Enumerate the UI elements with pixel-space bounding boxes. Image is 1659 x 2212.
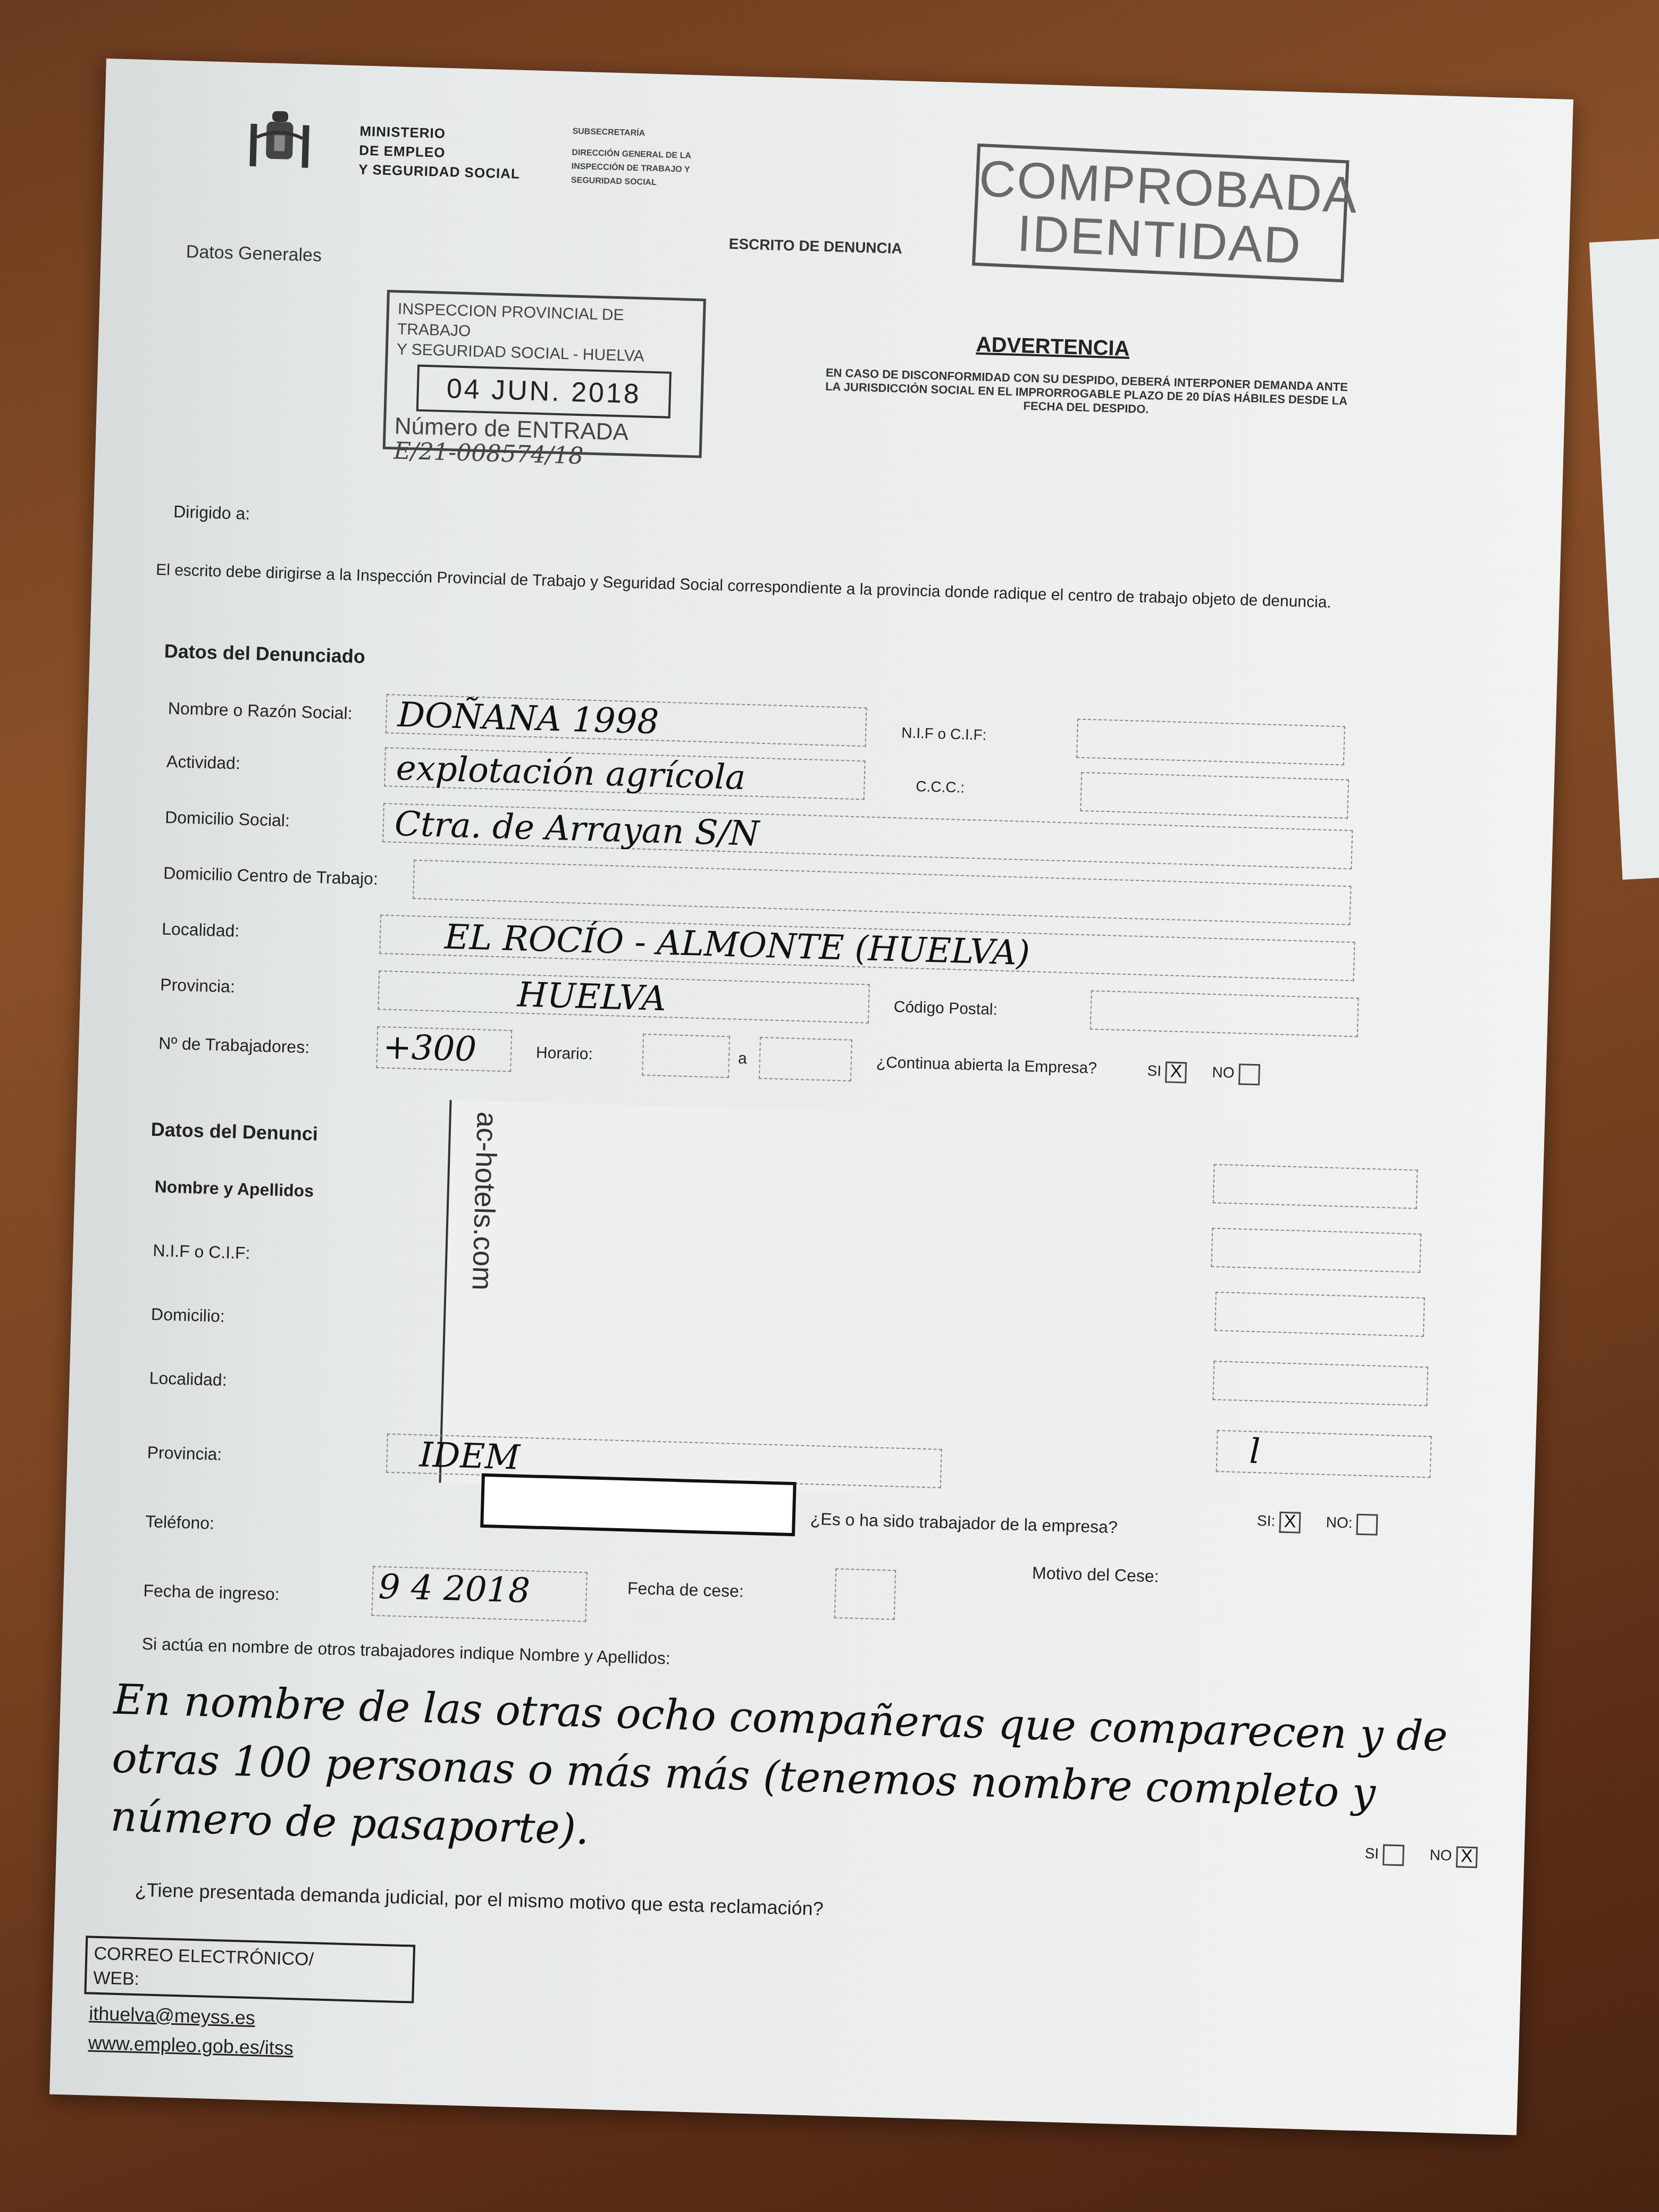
schedule-from-field[interactable] bbox=[642, 1034, 730, 1078]
background-paper-sheet bbox=[1589, 237, 1659, 880]
end-date-field[interactable] bbox=[834, 1568, 896, 1620]
activity-field[interactable]: explotación agrícola bbox=[384, 747, 866, 800]
lawsuit-no-checkbox[interactable]: X bbox=[1456, 1846, 1478, 1868]
identity-verified-stamp: COMPROBADA IDENTIDAD bbox=[972, 144, 1350, 283]
section-accused-heading: Datos del Denunciado bbox=[164, 640, 365, 668]
addressing-instructions: El escrito debe dirigirse a la Inspecció… bbox=[156, 560, 1485, 617]
is-employee-label: ¿Es o ha sido trabajador de la empresa? bbox=[810, 1509, 1118, 1537]
end-date-label: Fecha de cese: bbox=[627, 1578, 744, 1601]
activity-label: Actividad: bbox=[166, 752, 241, 774]
complainant-field-right-2[interactable] bbox=[1211, 1228, 1421, 1273]
registered-address-label: Domicilio Social: bbox=[165, 808, 290, 831]
complainant-field-right-1[interactable] bbox=[1213, 1164, 1418, 1209]
contact-box: CORREO ELECTRÓNICO/ WEB: bbox=[84, 1935, 415, 2003]
other-workers-label: Si actúa en nombre de otros trabajadores… bbox=[141, 1634, 671, 1669]
contact-email-link[interactable]: ithuelva@meyss.es bbox=[89, 2002, 256, 2030]
company-open-no-checkbox[interactable] bbox=[1238, 1063, 1260, 1085]
company-name-field[interactable]: DOÑANA 1998 bbox=[386, 694, 867, 747]
ministry-name: MINISTERIO DE EMPLEO Y SEGURIDAD SOCIAL bbox=[358, 121, 521, 183]
start-date-field[interactable]: 9 4 2018 bbox=[371, 1566, 587, 1622]
lawsuit-yes-checkbox[interactable] bbox=[1382, 1844, 1404, 1866]
section-complainant-heading: Datos del Denunci bbox=[150, 1118, 318, 1145]
complainant-locality-label: Localidad: bbox=[149, 1368, 227, 1390]
company-nif-field[interactable] bbox=[1076, 718, 1345, 765]
schedule-to-field[interactable] bbox=[759, 1037, 852, 1082]
nif-label: N.I.F o C.I.F: bbox=[901, 724, 987, 743]
redacted-phone-number bbox=[480, 1473, 797, 1536]
workers-count-label: Nº de Trabajadores: bbox=[158, 1033, 310, 1057]
locality-field[interactable]: EL ROCÍO - ALMONTE (HUELVA) bbox=[379, 915, 1355, 981]
complainant-province-label: Provincia: bbox=[147, 1443, 222, 1464]
termination-reason-label: Motivo del Cese: bbox=[1032, 1563, 1159, 1587]
start-date-label: Fecha de ingreso: bbox=[143, 1581, 280, 1604]
addressed-to-label: Dirigido a: bbox=[173, 502, 250, 524]
overlay-watermark: ac-hotels.com bbox=[466, 1111, 504, 1291]
directorate-name: SUBSECRETARÍA DIRECCIÓN GENERAL DE LA IN… bbox=[571, 125, 692, 191]
complainant-postal-code-field[interactable]: l bbox=[1216, 1430, 1432, 1478]
is-employee-no-checkbox[interactable] bbox=[1356, 1514, 1378, 1536]
schedule-label: Horario: bbox=[536, 1044, 593, 1063]
entry-registration-stamp: INSPECCION PROVINCIAL DE TRABAJO Y SEGUR… bbox=[383, 290, 706, 458]
ccc-field[interactable] bbox=[1080, 772, 1349, 819]
company-name-label: Nombre o Razón Social: bbox=[167, 699, 353, 724]
workers-count-field[interactable]: +300 bbox=[376, 1026, 512, 1072]
postal-code-field[interactable] bbox=[1090, 990, 1359, 1037]
complainant-address-label: Domicilio: bbox=[151, 1304, 225, 1326]
company-open-yes-checkbox[interactable]: X bbox=[1165, 1061, 1187, 1083]
complainant-field-right-3[interactable] bbox=[1214, 1292, 1425, 1337]
province-label: Provincia: bbox=[160, 975, 235, 997]
ccc-label: C.C.C.: bbox=[916, 778, 965, 797]
workplace-address-field[interactable] bbox=[413, 860, 1351, 925]
entry-date: 04 JUN. 2018 bbox=[416, 365, 672, 418]
other-workers-text[interactable]: En nombre de las otras ocho compañeras q… bbox=[110, 1671, 1549, 1886]
phone-label: Teléfono: bbox=[145, 1512, 215, 1534]
company-open-label: ¿Continua abierta la Empresa? bbox=[876, 1053, 1097, 1078]
section-general-heading: Datos Generales bbox=[186, 241, 322, 266]
contact-web-link[interactable]: www.empleo.gob.es/itss bbox=[88, 2032, 294, 2060]
is-employee-yes-checkbox[interactable]: X bbox=[1279, 1512, 1301, 1534]
document-title: ESCRITO DE DENUNCIA bbox=[728, 236, 902, 257]
workplace-address-label: Domicilio Centro de Trabajo: bbox=[163, 864, 379, 889]
complainant-field-right-4[interactable] bbox=[1212, 1361, 1428, 1406]
postal-code-label: Código Postal: bbox=[893, 998, 998, 1019]
complainant-nif-label: N.I.F o C.I.F: bbox=[153, 1241, 250, 1263]
complaint-form-sheet: MINISTERIO DE EMPLEO Y SEGURIDAD SOCIAL … bbox=[49, 58, 1573, 2135]
lawsuit-question: ¿Tiene presentada demanda judicial, por … bbox=[135, 1879, 824, 1920]
province-field[interactable]: HUELVA bbox=[378, 970, 870, 1024]
locality-label: Localidad: bbox=[162, 919, 240, 941]
warning-text: EN CASO DE DISCONFORMIDAD CON SU DESPIDO… bbox=[820, 366, 1353, 422]
spain-coat-of-arms-icon bbox=[241, 105, 318, 181]
complainant-name-label: Nombre y Apellidos bbox=[154, 1177, 314, 1201]
warning-title: ADVERTENCIA bbox=[976, 333, 1130, 361]
